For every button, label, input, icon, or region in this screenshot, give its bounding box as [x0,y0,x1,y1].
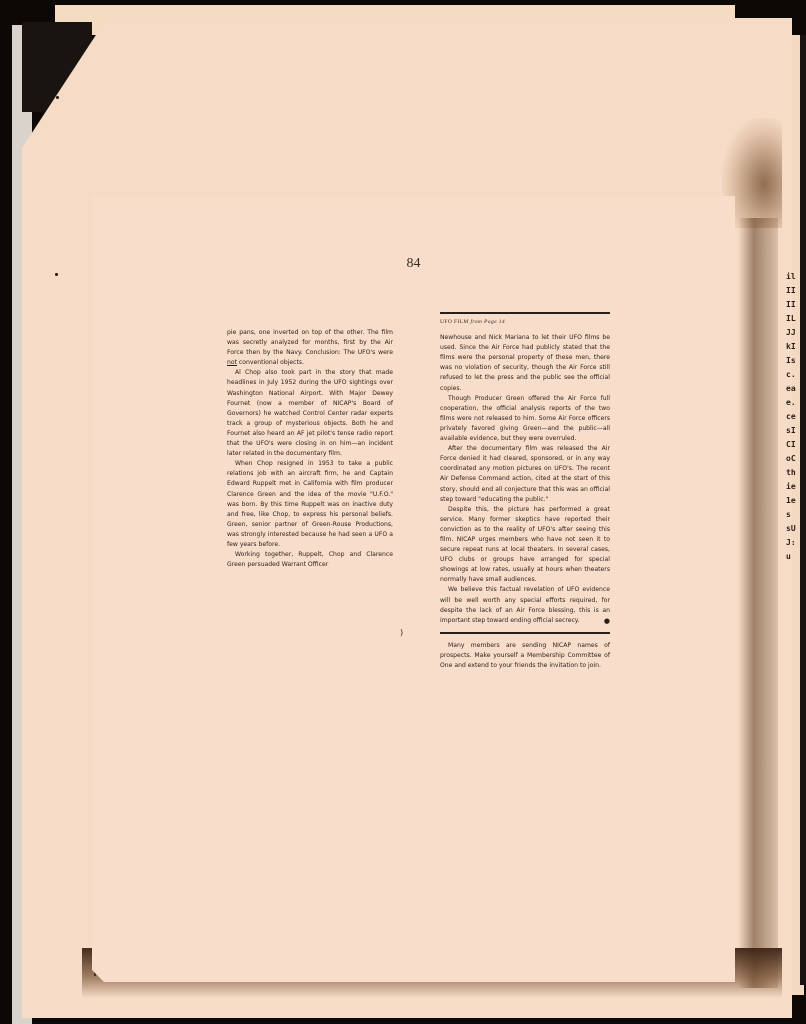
membership-notice: Many members are sending NICAP names of … [440,641,610,671]
paragraph: After the documentary film was released … [440,444,610,505]
paragraph: Despite this, the picture has performed … [440,505,610,586]
speck [56,96,59,99]
section-rule [440,312,610,314]
edge-text-fragments: ilIIIIILJJkIIsc.eae.cesICIoCthie1es sUJ:… [786,270,800,564]
end-mark-icon: ● [596,616,610,626]
paragraph: When Chop resigned in 1953 to take a pub… [227,459,393,550]
notice-rule [440,632,610,634]
underlined-word: not [227,359,237,366]
document-page: 84 pie pans, one inverted on top of the … [92,196,735,982]
paragraph: pie pans, one inverted on top of the oth… [227,328,393,368]
right-dark-border [800,35,806,985]
left-column: pie pans, one inverted on top of the oth… [227,328,393,570]
burn-stain-right-edge [738,218,778,988]
stray-mark: ) [400,628,403,637]
right-column: UFO FILM from Page 14 Newhouse and Nick … [440,312,610,671]
continuation-header: UFO FILM from Page 14 [440,317,610,327]
paragraph: Working together, Ruppelt, Chop and Clar… [227,550,393,570]
paragraph: We believe this factual revelation of UF… [440,585,610,625]
paragraph: Newhouse and Nick Mariana to let their U… [440,333,610,394]
page-number: 84 [92,256,735,272]
speck [55,273,58,276]
paragraph: Though Producer Green offered the Air Fo… [440,394,610,444]
paragraph: Al Chop also took part in the story that… [227,368,393,459]
